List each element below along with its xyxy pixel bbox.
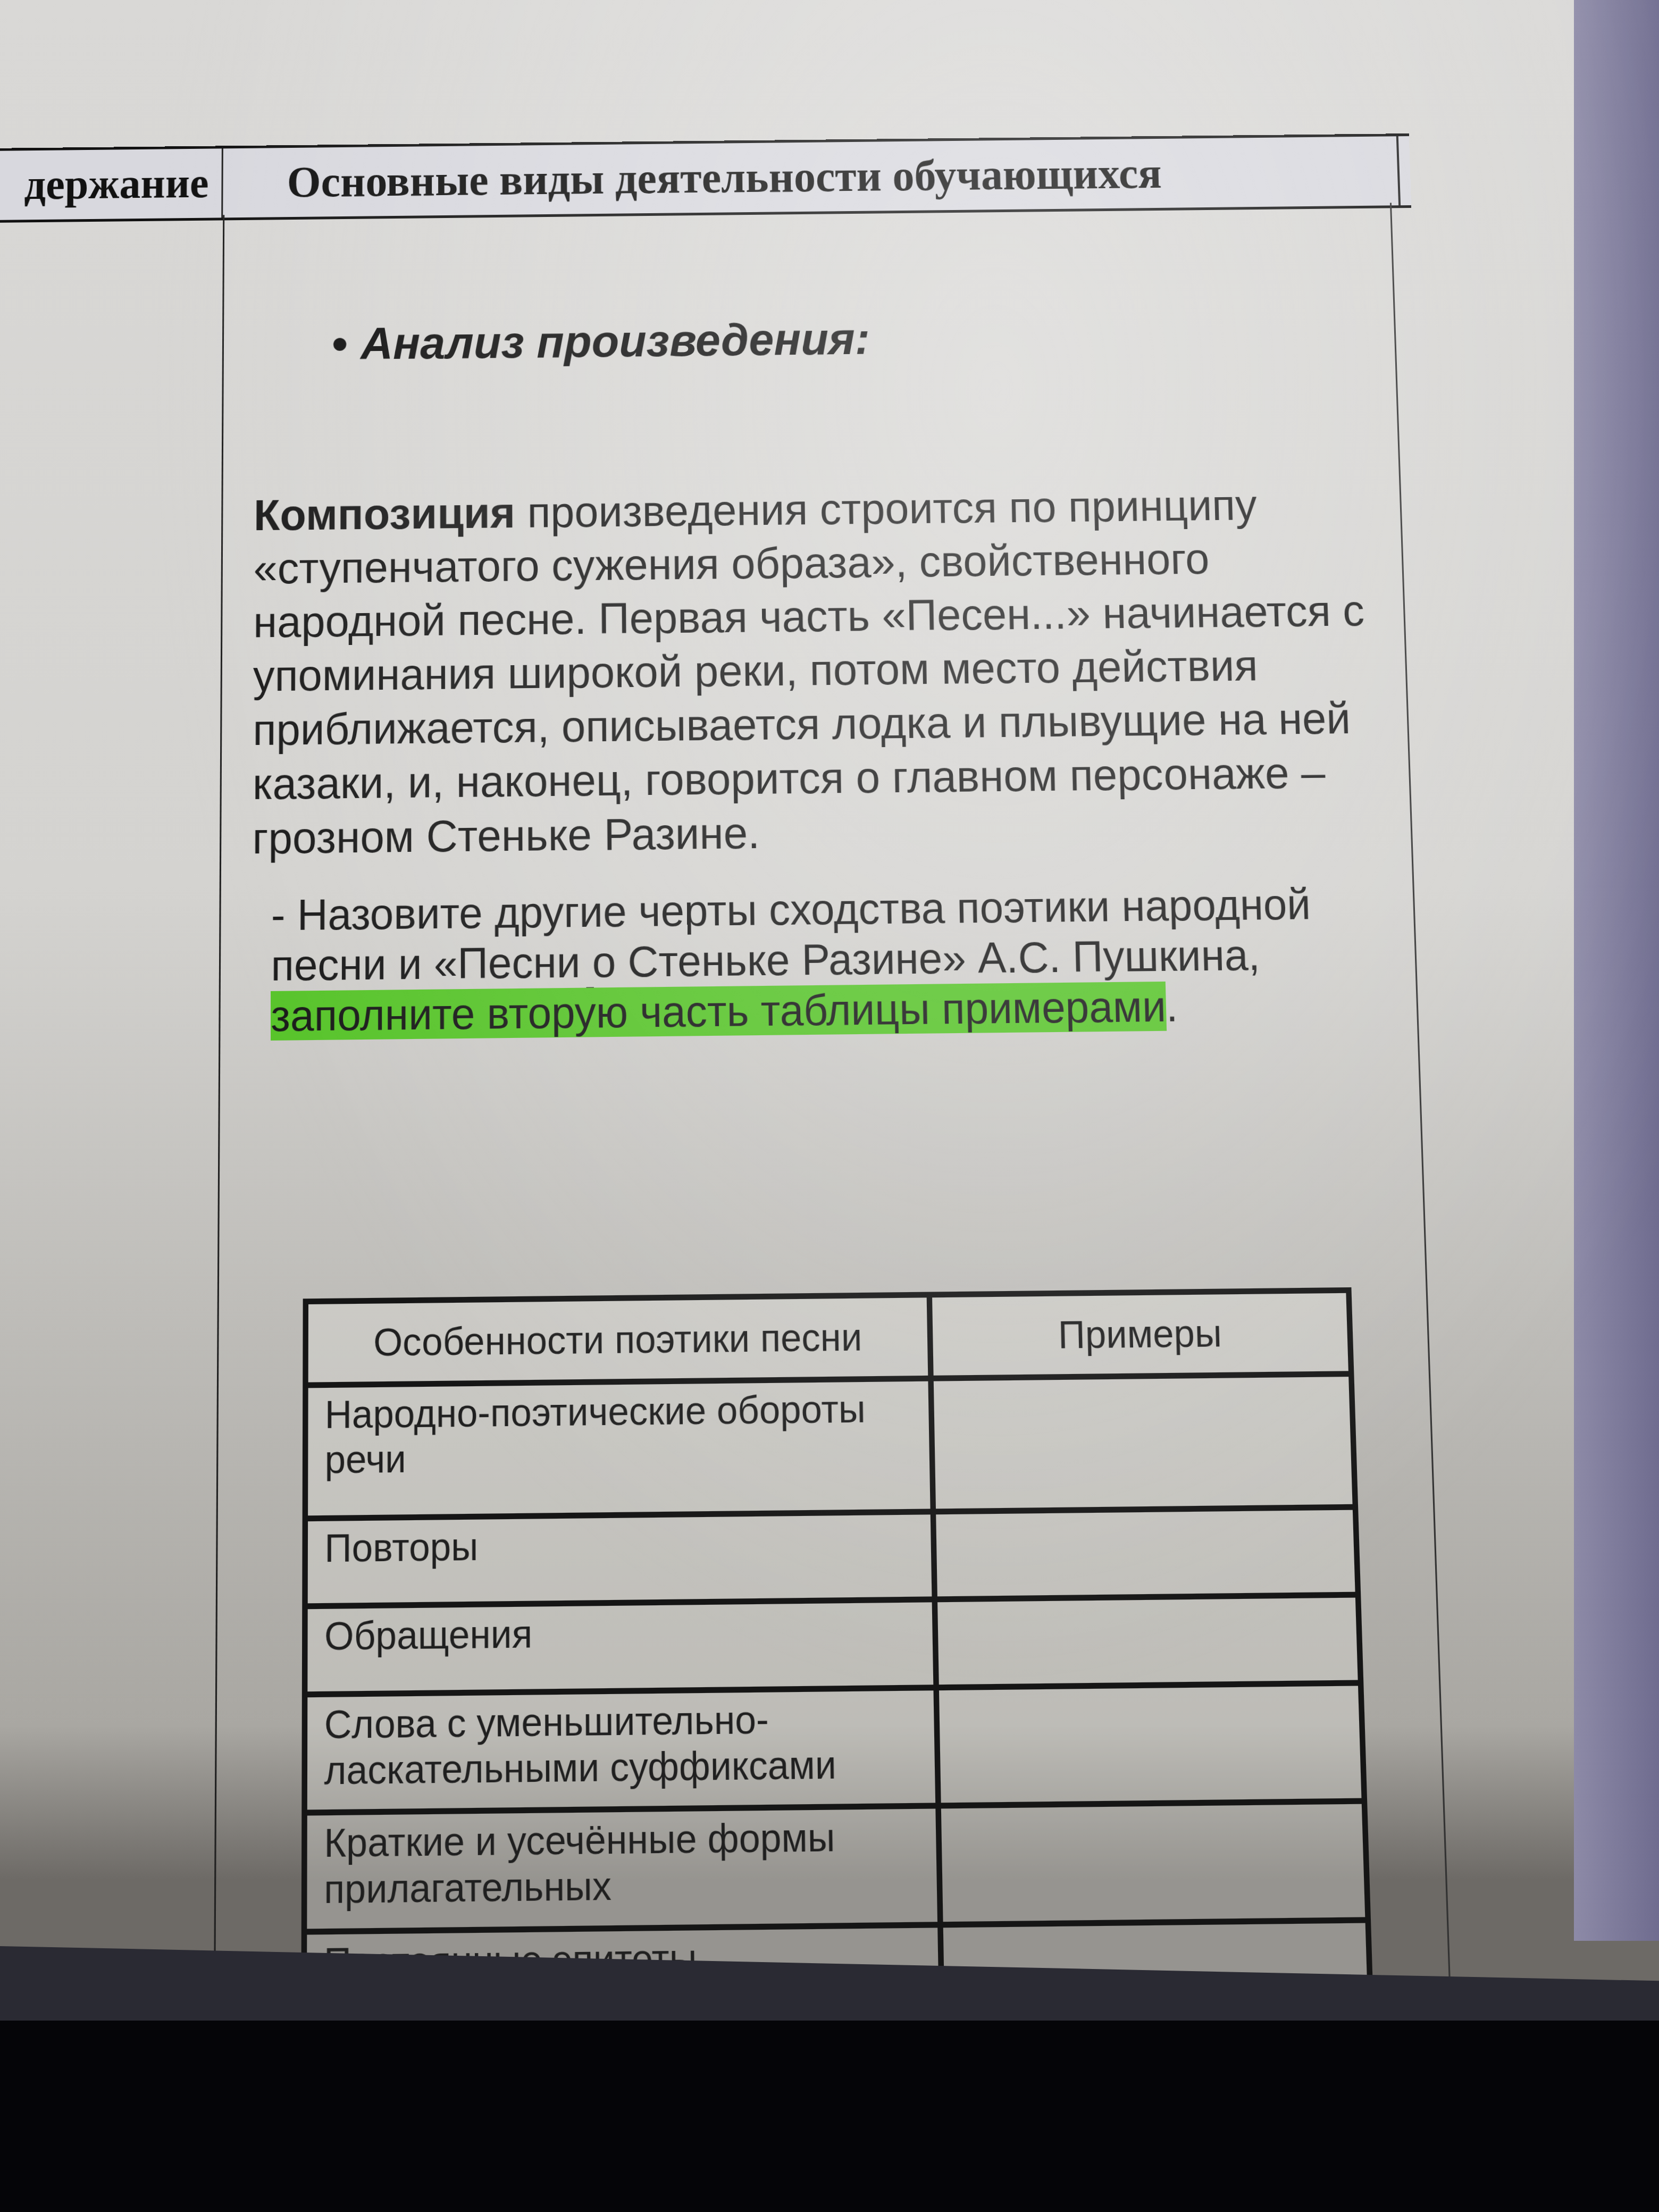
table-header-row: держание Основные виды деятельности обуч…	[0, 133, 1411, 223]
feature-cell: Слова с уменьшительно-ласкательными суфф…	[305, 1688, 939, 1813]
background-dark	[0, 2021, 1659, 2212]
bullet-icon: •	[332, 319, 348, 369]
table-row: Слова с уменьшительно-ласкательными суфф…	[305, 1683, 1364, 1813]
composition-text: произведения строится по принципу «ступе…	[252, 481, 1365, 863]
composition-term: Композиция	[254, 488, 515, 539]
column-divider	[213, 215, 224, 2081]
analysis-heading: •Анализ произведения:	[332, 313, 870, 371]
example-cell[interactable]	[933, 1507, 1358, 1599]
poetics-table: Особенности поэтики песни Примеры Народн…	[301, 1287, 1373, 2025]
example-cell[interactable]	[931, 1374, 1355, 1512]
example-cell[interactable]	[936, 1683, 1364, 1806]
header-examples: Примеры	[929, 1290, 1351, 1378]
table-row: Народно-поэтические обороты речи	[305, 1374, 1355, 1519]
task-highlight: заполните вторую часть таблицы примерами	[271, 982, 1167, 1041]
feature-cell: Народно-поэтические обороты речи	[305, 1378, 933, 1518]
feature-cell: Повторы	[305, 1512, 934, 1606]
table-row: Краткие и усечённые формы прилагательных	[304, 1801, 1368, 1932]
header-activities-column: Основные виды деятельности обучающихся	[233, 136, 1401, 217]
table-row: Обращения	[305, 1595, 1361, 1695]
analysis-heading-text: Анализ произведения:	[361, 313, 870, 369]
feature-cell: Обращения	[305, 1599, 936, 1695]
feature-cell: Краткие и усечённые формы прилагательных	[304, 1806, 940, 1932]
header-content-column: держание	[0, 148, 223, 220]
task-prefix: - Назовите другие черты сходства поэтики…	[271, 879, 1311, 990]
example-cell[interactable]	[938, 1801, 1368, 1925]
task-suffix: .	[1166, 982, 1179, 1031]
document-page: держание Основные виды деятельности обуч…	[0, 133, 1474, 2066]
composition-paragraph[interactable]: Композиция произведения строится по прин…	[252, 477, 1395, 866]
table-right-border	[1390, 203, 1453, 2067]
poetics-table-header: Особенности поэтики песни Примеры	[305, 1290, 1351, 1385]
table-row: Повторы	[305, 1507, 1358, 1606]
monitor-edge	[1574, 0, 1659, 1941]
task-paragraph[interactable]: - Назовите другие черты сходства поэтики…	[271, 878, 1420, 1041]
header-features: Особенности поэтики песни	[305, 1295, 931, 1385]
example-cell[interactable]	[934, 1595, 1361, 1688]
